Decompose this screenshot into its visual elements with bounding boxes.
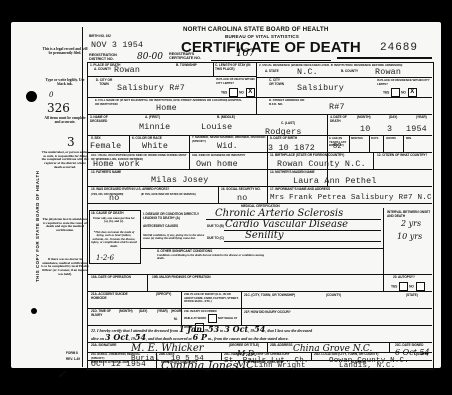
due-to-c-cause: Senility (245, 230, 283, 241)
autopsy-no-checkbox[interactable] (416, 282, 425, 291)
death-day: 3 (387, 125, 392, 134)
first-name-label: a. (First) (145, 116, 160, 120)
how-injury-label: 21f. How Did Injury Occur? (244, 311, 291, 315)
death-month: 10 (360, 125, 370, 134)
last-seen-alive: 3 Oct (105, 332, 129, 342)
injury-time-label: 21d. Time of Injury (91, 310, 115, 317)
complete-accurate-note: All items must be complete and accurate. (43, 116, 87, 124)
death-certificate: This is a legal record and will be perma… (11, 22, 441, 368)
informant-label: 17. Informant's Name and Address (270, 188, 330, 192)
residence-city-label: c. City or Town (269, 79, 285, 86)
physician-address-label: 23b. Address (270, 344, 293, 348)
interval-c: 10 yrs (397, 232, 422, 241)
first-name: Minnie (139, 123, 170, 132)
street-label: d. Street Address or R.F.D. No. (269, 99, 309, 106)
operation-date-label: 19a. Date of Operation (91, 276, 145, 280)
death-inside-city-yes-checkbox[interactable] (229, 88, 238, 97)
date-received-stamp: OCT 12 1954 (91, 360, 146, 369)
form-revision: Rev. 1-49 (66, 358, 80, 362)
residence-city: Salsibury (297, 84, 344, 93)
residence-inside-city-label: Is Place of Residence Within City Limits… (377, 79, 432, 86)
state-file-number: 24689 (380, 44, 418, 53)
birthplace-label: 11. Birthplace (State or foreign country… (270, 154, 370, 158)
business: Own home (196, 160, 238, 169)
ssn-label: 16. Social Security No. (221, 188, 261, 192)
residence-county-label: b. County (341, 70, 358, 74)
autopsy-options: yes no (391, 282, 425, 291)
margin-scribble: 1-2-6 (96, 254, 114, 262)
date-of-death-label: 4. Date of Death (330, 116, 352, 123)
last-name-label: c. (Last) (281, 122, 295, 126)
death-county: Rowan (114, 66, 140, 75)
while-at-work-checkbox[interactable] (208, 314, 217, 323)
margin-mark-3: 3 (67, 135, 75, 149)
certificate-title: CERTIFICATE OF DEATH (181, 39, 361, 56)
mother-label: 14. Mother's Maiden Name (270, 171, 315, 175)
father-name: Milas Josey (151, 176, 208, 185)
due-to-b-cause: Cardio Vascular Disease (225, 219, 348, 230)
signature-label: 23a. Signature (91, 344, 116, 348)
interval-a: 2 yrs (401, 219, 421, 228)
name-label: 3. Name of Deceased (90, 116, 120, 123)
injury-place-label: 21b. Place of Injury (e.g., in or about … (184, 293, 240, 304)
immediate-cause: Chronic Arterio Sclerosis (215, 208, 343, 219)
business-label: 10b. Kind of Business or Industry (192, 154, 266, 158)
father-label: 13. Father's Name (91, 171, 121, 175)
registration-district-label: Registration District No. (89, 54, 133, 61)
antecedent-label: Antecedent Causes (143, 225, 178, 229)
informant: Mrs Frank Petrea Salisbury R#7 N.C (270, 194, 432, 203)
death-city: Salisbury R#7 (117, 84, 185, 93)
race: White (142, 142, 168, 151)
check-mark: ✓ (57, 368, 66, 381)
hospital-name: Home (156, 104, 177, 113)
board-of-health: NORTH CAROLINA STATE BOARD OF HEALTH (183, 26, 329, 33)
length-of-stay-label: c. Length of Stay (in this place) (215, 64, 255, 71)
mother-maiden-name: Laura Ann Pethel (293, 177, 377, 186)
social-security: no (237, 194, 247, 203)
attended-to: 3 Oct (224, 324, 248, 334)
filed-date: NOV 3 1954 (91, 41, 143, 50)
occupation: Home work (93, 160, 140, 169)
punch-hole-2 (31, 308, 37, 314)
immediate-cause-label: I. Disease or Condition Directly Leading… (143, 213, 203, 220)
residence-state: N.C. (297, 68, 318, 77)
registrar-signature: Cynthia Jones (161, 359, 238, 372)
injury-location-label: 21c. (City, Town, or Township) (244, 294, 295, 298)
punch-hole (26, 91, 37, 102)
residence-county: Rowan (375, 68, 401, 77)
death-time: 6 P (193, 332, 207, 342)
residence-inside-city-no-checkbox[interactable]: X (408, 88, 417, 97)
injury-type-label: 21a. Accident Suicide Homicide (91, 293, 131, 300)
margin-rule (82, 27, 83, 367)
registration-district-no: 80-00 (137, 52, 163, 62)
city-label: d. City or Town (95, 79, 113, 86)
residence-inside-city-yes-checkbox[interactable] (391, 88, 400, 97)
residence-state-label: a. State (265, 70, 279, 74)
death-inside-city-options: yes noX (221, 88, 255, 97)
operation-findings-label: 19b. Major Findings of Operation (152, 276, 211, 280)
death-year: 1954 (406, 125, 427, 134)
autopsy-yes-checkbox[interactable] (399, 282, 408, 291)
state-copy-vertical-label: THIS COPY FOR STATE BOARD OF HEALTH (35, 171, 40, 282)
affidavit-mark: 326 (47, 101, 70, 115)
armed-forces-label: 15. Was Deceased Ever in U.S. Armed Forc… (91, 188, 216, 192)
age: 82 (333, 143, 342, 152)
residence-street: R#7 (329, 103, 345, 112)
death-inside-city-no-checkbox[interactable]: X (246, 88, 255, 97)
birthplace: Rowan County N.C. (277, 160, 366, 169)
birth-no-label: Birth No. 192 (89, 35, 111, 39)
form-number: FORM 8 (66, 352, 78, 356)
residence-inside-city-options: yes noX (383, 88, 417, 97)
township-label: b. Township (176, 64, 197, 68)
usual-residence-label: 2. Usual Residence (Where deceased lived… (259, 64, 431, 68)
type-mark: 0 (49, 91, 53, 99)
type-legibly-note: Type or write legibly. Use black ink. (43, 78, 87, 86)
death-inside-city-label: Is Place of Death Within City Limits? (216, 78, 256, 85)
autopsy-label: 20. Autopsy? (393, 276, 415, 280)
middle-name: Louise (201, 123, 232, 132)
citizen-label: 12. Citizen of What Country? (377, 154, 432, 158)
county-label: a. County (94, 68, 111, 72)
marital-status: Wid. (217, 142, 238, 151)
interval-label: Interval Between Onset and Death (387, 211, 431, 218)
middle-name-label: b. (Middle) (217, 116, 235, 120)
sex: Female (90, 142, 121, 151)
attending-certification: 22. I hereby certify that I attended the… (91, 326, 431, 342)
funeral-director: Linn Wright (254, 362, 306, 371)
armed-forces: no (109, 194, 119, 203)
dob-label: 8. Date of Birth (270, 137, 297, 141)
funeral-director-address: Landis, N.C. (339, 362, 395, 371)
